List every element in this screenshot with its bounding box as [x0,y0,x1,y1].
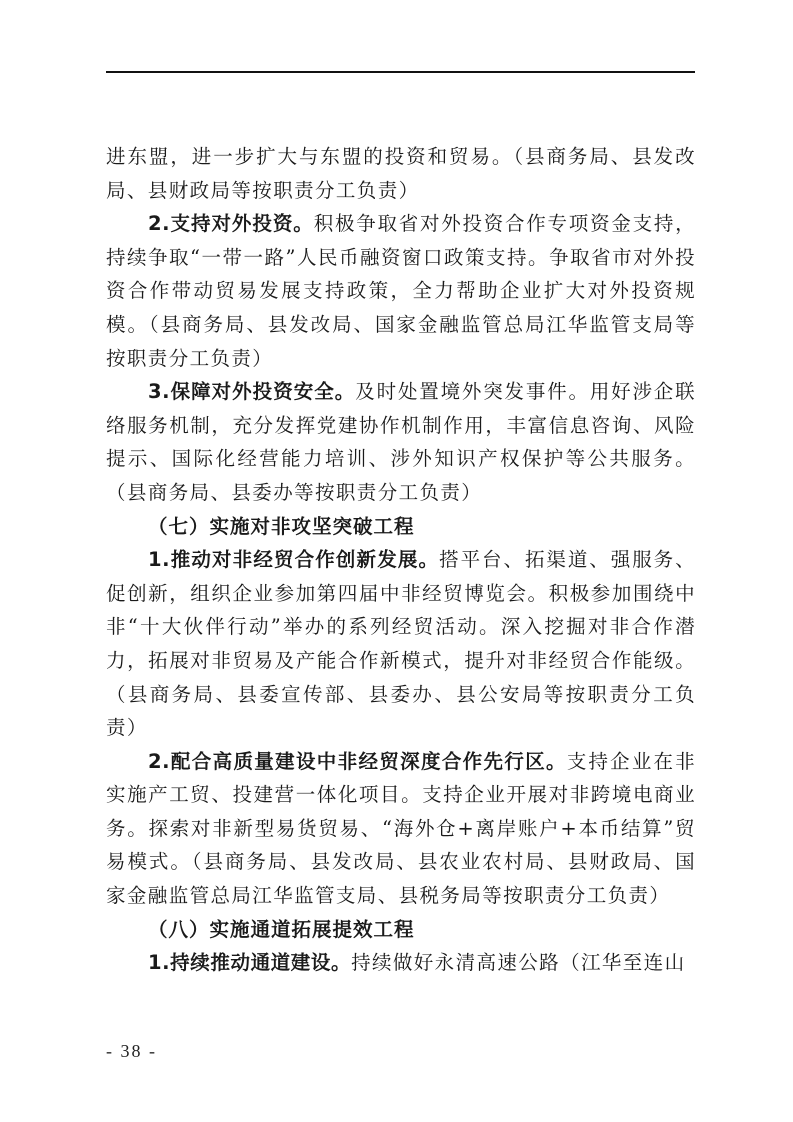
paragraph-support-outbound-investment: 2.支持对外投资。积极争取省对外投资合作专项资金支持，持续争取“一带一路”人民币… [106,207,696,375]
paragraph-investment-security: 3.保障对外投资安全。及时处置境外突发事件。用好涉企联络服务机制，充分发挥党建协… [106,375,696,509]
paragraph-lead: 2.支持对外投资。 [148,212,314,235]
paragraph-text: 持续做好永清高速公路（江华至连山 [351,951,685,974]
document-body: 进东盟，进一步扩大与东盟的投资和贸易。（县商务局、县发改局、县财政局等按职责分工… [106,140,696,980]
page-number: - 38 - [106,1041,157,1062]
paragraph-africa-cooperation: 1.推动对非经贸合作创新发展。搭平台、拓渠道、强服务、促创新，组织企业参加第四届… [106,543,696,745]
paragraph-lead: 1.推动对非经贸合作创新发展。 [148,548,439,571]
section-heading-africa: （七）实施对非攻坚突破工程 [106,510,696,544]
paragraph-asean-trade: 进东盟，进一步扩大与东盟的投资和贸易。（县商务局、县发改局、县财政局等按职责分工… [106,140,696,207]
paragraph-pilot-zone: 2.配合高质量建设中非经贸深度合作先行区。支持企业在非实施产工贸、投建营一体化项… [106,745,696,913]
section-heading-channels: （八）实施通道拓展提效工程 [106,913,696,947]
paragraph-lead: 2.配合高质量建设中非经贸深度合作先行区。 [148,750,567,773]
paragraph-channel-construction: 1.持续推动通道建设。持续做好永清高速公路（江华至连山 [106,946,696,980]
paragraph-lead: 3.保障对外投资安全。 [148,380,355,403]
header-rule [106,71,695,73]
paragraph-text: 积极争取省对外投资合作专项资金支持，持续争取“一带一路”人民币融资窗口政策支持。… [106,212,696,369]
paragraph-text: 搭平台、拓渠道、强服务、促创新，组织企业参加第四届中非经贸博览会。积极参加围绕中… [106,548,696,739]
paragraph-lead: 1.持续推动通道建设。 [148,951,351,974]
paragraph-text: 进东盟，进一步扩大与东盟的投资和贸易。（县商务局、县发改局、县财政局等按职责分工… [106,145,696,202]
paragraph-text: 支持企业在非实施产工贸、投建营一体化项目。支持企业开展对非跨境电商业务。探索对非… [106,750,696,907]
